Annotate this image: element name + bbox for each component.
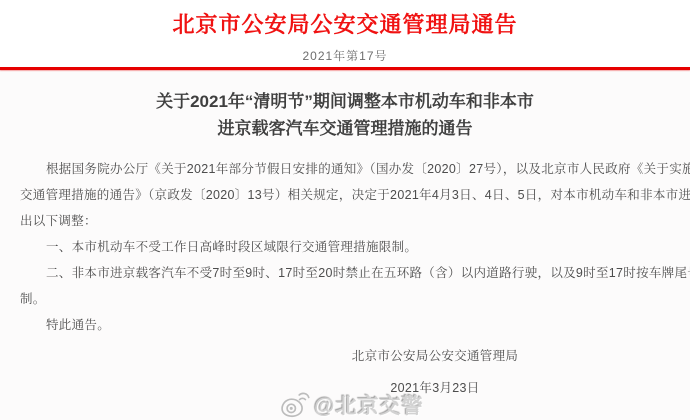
weibo-watermark: @北京交警 <box>280 390 423 420</box>
doc-number: 2021年第17号 <box>0 47 690 64</box>
weibo-handle: @北京交警 <box>314 390 423 420</box>
body-line: 制。 <box>20 286 686 312</box>
notice-title-line2: 进京载客汽车交通管理措施的通告 <box>0 115 690 142</box>
notice-body: 根据国务院办公厅《关于2021年部分节假日安排的通知》（国办发〔2020〕27号… <box>20 156 686 338</box>
body-line: 二、非本市进京载客汽车不受7时至9时、17时至20时禁止在五环路（含）以内道路行… <box>20 260 686 286</box>
notice-title-line1: 关于2021年“清明节”期间调整本市机动车和非本市 <box>0 88 690 115</box>
masthead-title: 北京市公安局公安交通管理局通告 <box>0 8 690 39</box>
notice-title: 关于2021年“清明节”期间调整本市机动车和非本市 进京载客汽车交通管理措施的通… <box>0 88 690 142</box>
body-line: 一、本市机动车不受工作日高峰时段区域限行交通管理措施限制。 <box>20 234 686 260</box>
body-line: 交通管理措施的通告》（京政发〔2020〕13号）相关规定，决定于2021年4月3… <box>20 182 686 208</box>
body-line: 出以下调整： <box>20 208 686 234</box>
issuer-name: 北京市公安局公安交通管理局 <box>305 347 565 366</box>
header-divider <box>0 67 690 70</box>
body-line: 根据国务院办公厅《关于2021年部分节假日安排的通知》（国办发〔2020〕27号… <box>20 156 686 182</box>
weibo-icon <box>280 391 310 419</box>
body-line: 特此通告。 <box>20 312 686 338</box>
notice-document: 北京市公安局公安交通管理局通告 2021年第17号 关于2021年“清明节”期间… <box>0 0 690 420</box>
